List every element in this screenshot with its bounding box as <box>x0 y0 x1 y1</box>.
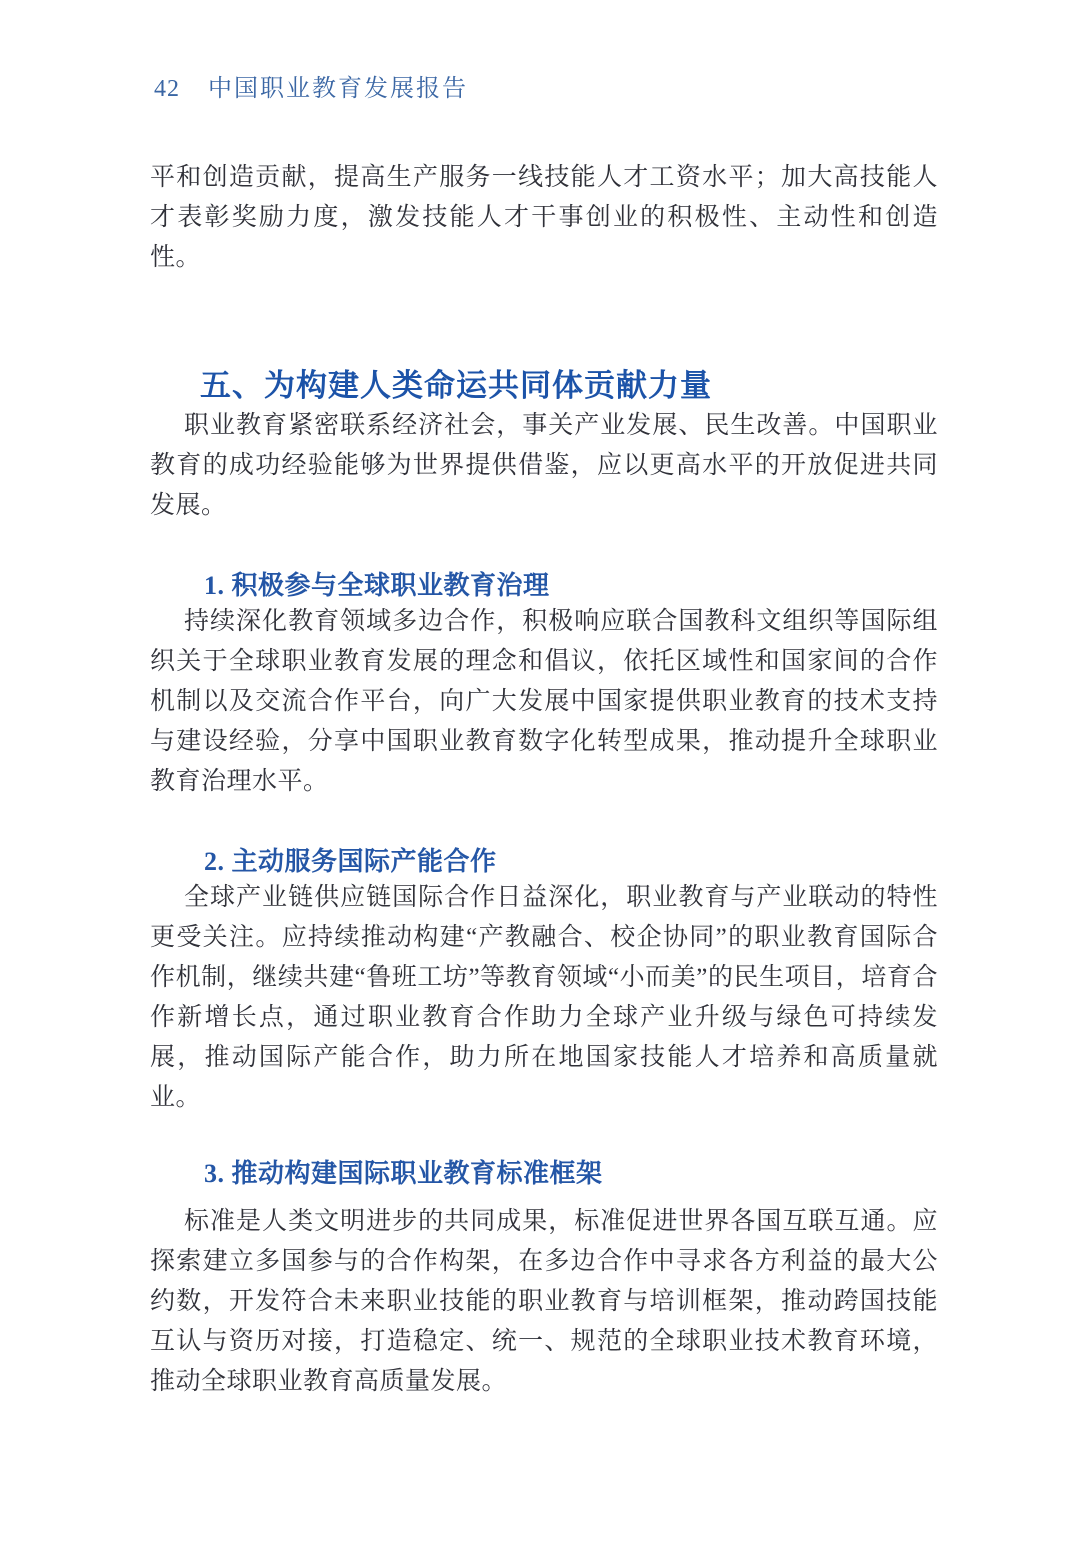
subsection-heading-3: 3. 推动构建国际职业教育标准框架 <box>204 1158 938 1190</box>
subsection-paragraph-2: 全球产业链供应链国际合作日益深化，职业教育与产业联动的特性更受关注。应持续推动构… <box>150 878 938 1118</box>
carryover-paragraph: 平和创造贡献，提高生产服务一线技能人才工资水平；加大高技能人才表彰奖励力度，激发… <box>150 158 938 278</box>
subsection-heading-2: 2. 主动服务国际产能合作 <box>204 846 938 878</box>
page-number: 42 <box>154 74 180 104</box>
page-content: 42 中国职业教育发展报告 平和创造贡献，提高生产服务一线技能人才工资水平；加大… <box>150 0 938 1402</box>
subsection-paragraph-1: 持续深化教育领域多边合作，积极响应联合国教科文组织等国际组织关于全球职业教育发展… <box>150 602 938 802</box>
subsection-heading-1: 1. 积极参与全球职业教育治理 <box>204 570 938 602</box>
section-heading: 五、为构建人类命运共同体贡献力量 <box>200 366 938 406</box>
intro-paragraph: 职业教育紧密联系经济社会，事关产业发展、民生改善。中国职业教育的成功经验能够为世… <box>150 406 938 526</box>
subsection-paragraph-3: 标准是人类文明进步的共同成果，标准促进世界各国互联互通。应探索建立多国参与的合作… <box>150 1202 938 1402</box>
report-page: 42 中国职业教育发展报告 平和创造贡献，提高生产服务一线技能人才工资水平；加大… <box>0 0 1080 1561</box>
running-header-title: 中国职业教育发展报告 <box>208 74 468 104</box>
running-header: 42 中国职业教育发展报告 <box>150 74 938 104</box>
